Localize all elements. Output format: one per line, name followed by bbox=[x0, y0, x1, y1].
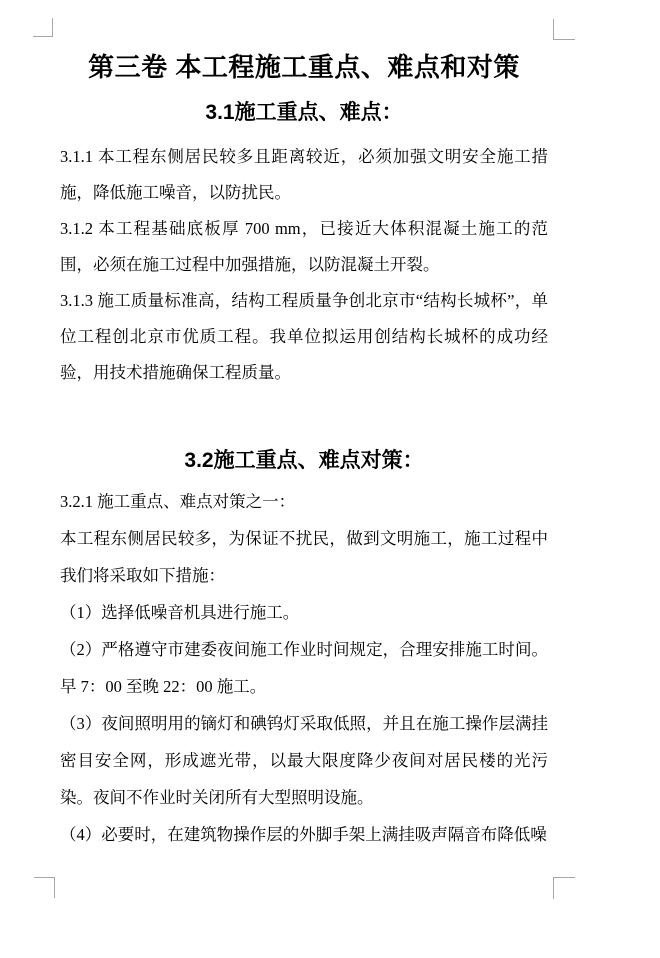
paragraph-measure-1: （1）选择低噪音机具进行施工。 bbox=[60, 594, 548, 631]
paragraph-measure-3: （3）夜间照明用的镝灯和碘钨灯采取低照，并且在施工操作层满挂密目安全网，形成遮光… bbox=[60, 705, 548, 816]
paragraph-measure-2: （2）严格遵守市建委夜间施工作业时间规定，合理安排施工时间。早 7：00 至晚 … bbox=[60, 631, 548, 705]
section-3-1-heading: 3.1施工重点、难点： bbox=[60, 100, 548, 126]
text-boundary-mark-bottom-right bbox=[553, 877, 575, 899]
paragraph-measures-intro: 本工程东侧居民较多，为保证不扰民，做到文明施工，施工过程中我们将采取如下措施： bbox=[60, 520, 548, 594]
text-boundary-mark-top-right bbox=[553, 19, 575, 40]
paragraph-3-2-1: 3.2.1 施工重点、难点对策之一： bbox=[60, 483, 548, 520]
paragraph-3-1-2: 3.1.2 本工程基础底板厚 700 mm，已接近大体积混凝土施工的范围，必须在… bbox=[60, 211, 548, 283]
page-content: 第三卷 本工程施工重点、难点和对策 3.1施工重点、难点： 3.1.1 本工程东… bbox=[60, 0, 548, 853]
paragraph-measure-4-truncated: （4）必要时，在建筑物操作层的外脚手架上满挂吸声隔音布降低噪 bbox=[60, 816, 548, 853]
section-3-2-body: 3.2.1 施工重点、难点对策之一： 本工程东侧居民较多，为保证不扰民，做到文明… bbox=[60, 483, 548, 853]
section-3-2-heading: 3.2施工重点、难点对策： bbox=[60, 448, 548, 474]
text-boundary-mark-top-left bbox=[33, 18, 53, 37]
paragraph-3-1-3: 3.1.3 施工质量标准高，结构工程质量争创北京市“结构长城杯”，单位工程创北京… bbox=[60, 283, 548, 391]
text-boundary-mark-bottom-left bbox=[34, 877, 55, 898]
document-page: 第三卷 本工程施工重点、难点和对策 3.1施工重点、难点： 3.1.1 本工程东… bbox=[0, 0, 660, 958]
section-3-1-body: 3.1.1 本工程东侧居民较多且距离较近，必须加强文明安全施工措施，降低施工噪音… bbox=[60, 139, 548, 391]
paragraph-3-1-1: 3.1.1 本工程东侧居民较多且距离较近，必须加强文明安全施工措施，降低施工噪音… bbox=[60, 139, 548, 211]
document-title: 第三卷 本工程施工重点、难点和对策 bbox=[60, 52, 548, 82]
